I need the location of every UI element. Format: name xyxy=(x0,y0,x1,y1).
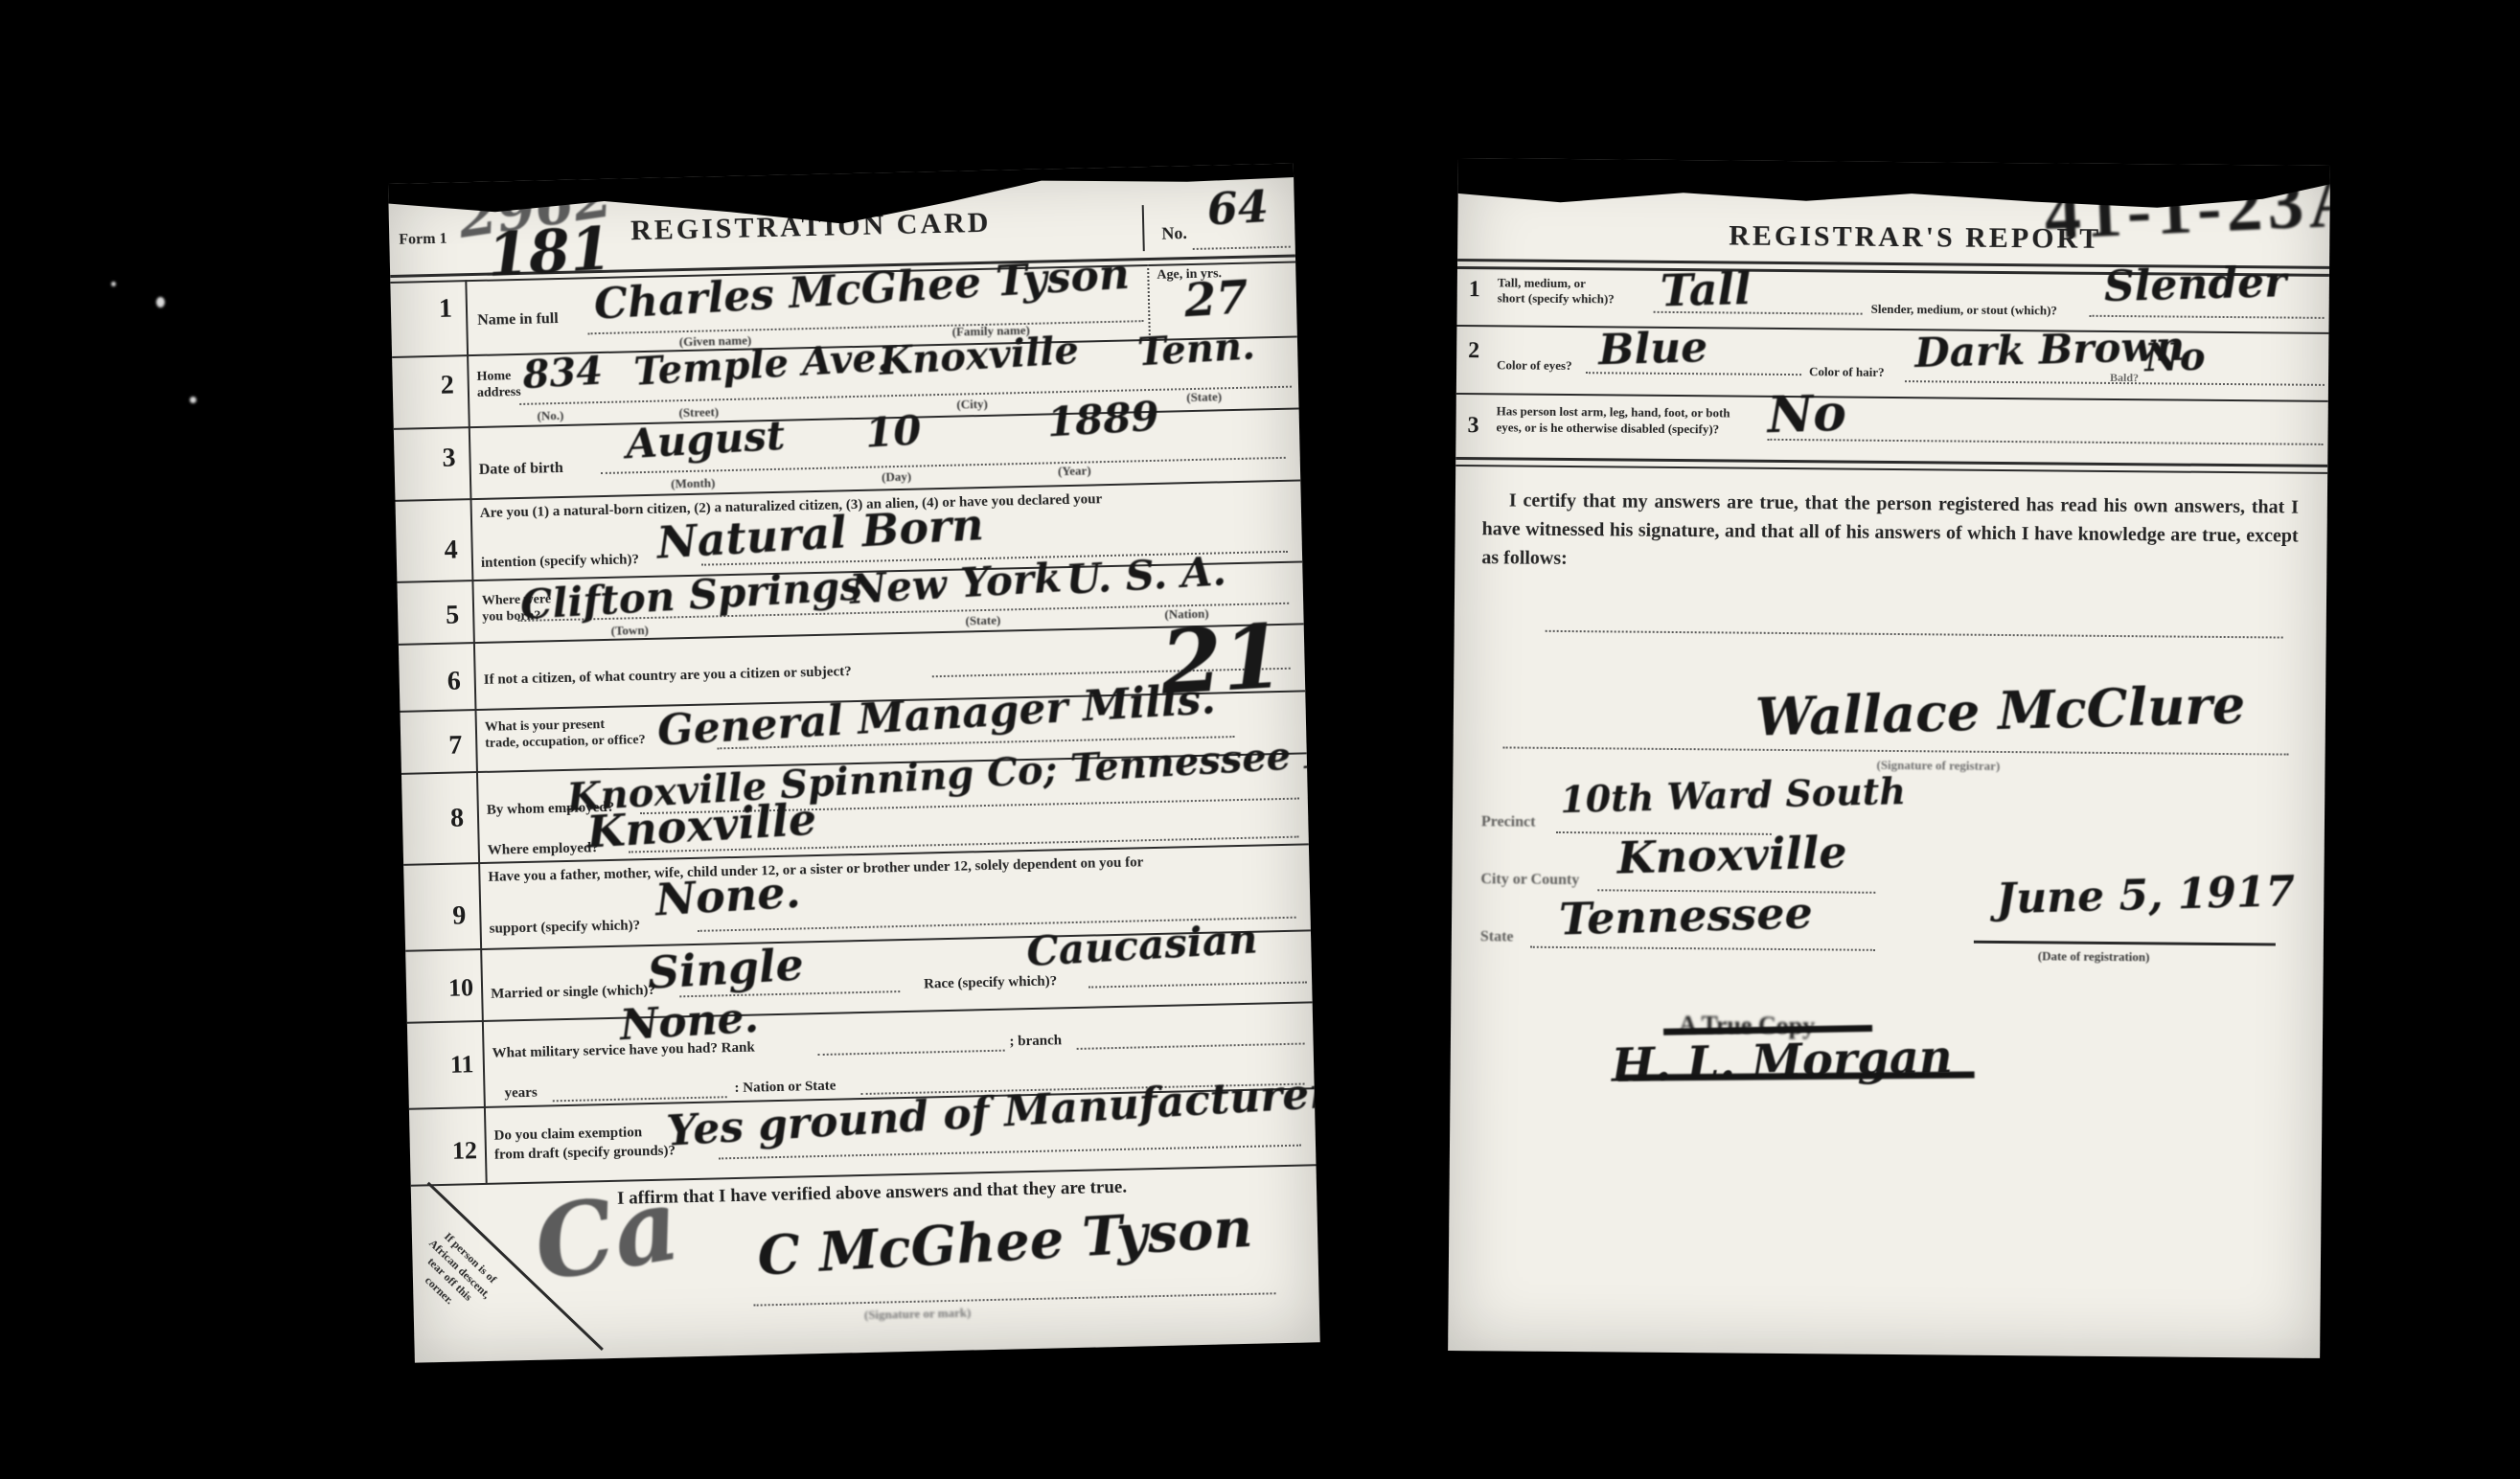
margin-number-handwritten: 21 xyxy=(1157,604,1286,715)
row-line xyxy=(407,1001,1313,1023)
pencil-initials: Ca xyxy=(526,1165,687,1305)
scan-background: { "registration_card": { "form_label": "… xyxy=(0,0,2520,1479)
precinct-label: Precinct xyxy=(1481,813,1536,831)
film-speck xyxy=(156,297,165,307)
sublabel: (City) xyxy=(956,397,988,413)
build-answer: Slender xyxy=(2103,258,2287,311)
field-label: Where employed? xyxy=(488,840,599,859)
field-number: 5 xyxy=(446,600,460,630)
field-label: Slender, medium, or stout (which)? xyxy=(1871,302,2057,319)
registrars-report-card: REGISTRAR'S REPORT 41-1-23A 1 Tall, medi… xyxy=(1448,158,2330,1358)
military-answer: None. xyxy=(619,993,761,1050)
form-number-label: Form 1 xyxy=(399,231,447,249)
signature-line xyxy=(754,1292,1276,1306)
row-line xyxy=(1456,325,2328,334)
bald-answer: No xyxy=(2144,334,2206,381)
no-value: 64 xyxy=(1205,180,1270,236)
struck-signature: H. L. Morgan xyxy=(1611,1030,1953,1092)
born-town: Clifton Springs xyxy=(519,562,864,628)
registrant-signature: C McGhee Tyson xyxy=(756,1196,1254,1288)
field-label: Date of birth xyxy=(479,460,563,479)
row-line xyxy=(394,407,1299,429)
eyes-answer: Blue xyxy=(1598,323,1708,375)
field-label: from draft (specify grounds)? xyxy=(494,1143,676,1163)
dotted-line xyxy=(1077,1043,1305,1050)
dotted-line xyxy=(1767,439,2323,445)
field-label: If not a citizen, of what country are yo… xyxy=(484,664,852,689)
field-label: eyes, or is he otherwise disabled (speci… xyxy=(1496,420,1719,437)
field-number: 4 xyxy=(444,535,458,565)
field-label: Bald? xyxy=(2110,371,2139,385)
no-label: No. xyxy=(1161,223,1187,244)
field-label: Color of eyes? xyxy=(1497,357,1572,374)
address-state: Tenn. xyxy=(1136,323,1256,375)
field-label: : Nation or State xyxy=(734,1079,836,1097)
registrar-signature: Wallace McClure xyxy=(1754,673,2246,747)
sublabel: (Month) xyxy=(671,475,716,491)
address-city: Knoxville xyxy=(878,328,1080,384)
field-label: support (specify which)? xyxy=(489,918,640,938)
age-box-divider xyxy=(1147,264,1151,339)
row-line xyxy=(1456,393,2328,402)
born-nation: U. S. A. xyxy=(1065,547,1227,603)
field-label: Has person lost arm, leg, hand, foot, or… xyxy=(1497,403,1730,421)
field-label: intention (specify which)? xyxy=(481,552,639,572)
film-speck xyxy=(111,282,116,286)
address-street: Temple Ave. xyxy=(632,335,891,395)
dependents-answer: None. xyxy=(654,866,802,926)
film-speck xyxy=(190,397,196,403)
dotted-line xyxy=(818,1050,1005,1056)
field-number: 3 xyxy=(1467,413,1478,439)
city-county-value: Knoxville xyxy=(1616,826,1847,883)
sublabel: (Day) xyxy=(882,469,911,486)
field-number: 8 xyxy=(450,803,465,833)
field-number: 7 xyxy=(448,730,463,761)
field-number: 3 xyxy=(442,443,456,473)
registration-date: June 5, 1917 xyxy=(1996,867,2296,923)
registration-card: Form 1 2962 REGISTRATION CARD No. 64 181… xyxy=(388,164,1320,1363)
certification-text: I certify that my answers are true, that… xyxy=(1481,486,2299,579)
field-label: short (specify which)? xyxy=(1498,290,1615,307)
dotted-line xyxy=(1088,981,1307,988)
state-label: State xyxy=(1480,928,1514,945)
height-answer: Tall xyxy=(1660,262,1752,316)
field-label: years xyxy=(504,1085,538,1103)
field-label: Name in full xyxy=(477,310,559,330)
sublabel: (State) xyxy=(965,613,1000,629)
birth-month: August xyxy=(625,412,787,467)
affirmation-text: I affirm that I have verified above answ… xyxy=(617,1177,1127,1210)
age-value: 27 xyxy=(1182,271,1249,329)
field-number: 12 xyxy=(452,1136,478,1166)
field-label: ; branch xyxy=(1009,1033,1062,1050)
field-number: 2 xyxy=(440,370,454,400)
field-label: address xyxy=(477,385,521,401)
field-number: 1 xyxy=(1469,277,1480,303)
field-number: 11 xyxy=(450,1050,474,1080)
signature-line xyxy=(1503,746,2289,755)
field-number: 10 xyxy=(448,973,474,1003)
city-county-label: City or County xyxy=(1480,871,1579,889)
field-label: Do you claim exemption xyxy=(493,1125,642,1145)
dotted-line xyxy=(2090,315,2325,319)
married-answer: Single xyxy=(646,939,805,999)
field-label: What is your present xyxy=(485,717,605,736)
order-number-handwritten: 181 xyxy=(486,214,613,290)
name-answer: Charles McGhee Tyson xyxy=(593,250,1131,330)
field-label: Tall, medium, or xyxy=(1498,275,1586,291)
sublabel: (Town) xyxy=(610,623,649,639)
field-number: 9 xyxy=(452,900,467,931)
field-label: Race (specify which)? xyxy=(924,973,1057,992)
field-label: trade, occupation, or office? xyxy=(485,733,646,752)
signature-label: (Signature or mark) xyxy=(864,1306,972,1324)
date-label: (Date of registration) xyxy=(2038,948,2150,965)
field-number: 2 xyxy=(1468,338,1479,364)
corner-note: If person is of African descent, tear of… xyxy=(395,1216,514,1332)
dotted-line xyxy=(1546,630,2283,639)
disability-answer: No xyxy=(1767,384,1847,444)
field-label: Home xyxy=(476,369,511,385)
field-number: 1 xyxy=(439,294,453,325)
state-value: Tennessee xyxy=(1558,887,1813,945)
birth-year: 1889 xyxy=(1045,393,1160,446)
precinct-value: 10th Ward South xyxy=(1560,769,1907,821)
dotted-line xyxy=(1193,246,1291,250)
birth-day: 10 xyxy=(864,406,923,456)
born-state: New York xyxy=(848,554,1063,613)
dotted-line xyxy=(1530,946,1875,951)
sublabel: (State) xyxy=(1186,389,1222,405)
field-number: 6 xyxy=(447,666,461,696)
sublabel: (No.) xyxy=(537,408,563,424)
header-divider xyxy=(1142,205,1145,251)
field-label: Color of hair? xyxy=(1809,364,1885,380)
race-answer: Caucasian xyxy=(1025,915,1259,975)
date-line xyxy=(1974,941,2276,946)
address-no: 834 xyxy=(521,349,604,398)
sublabel: (Year) xyxy=(1058,463,1091,479)
